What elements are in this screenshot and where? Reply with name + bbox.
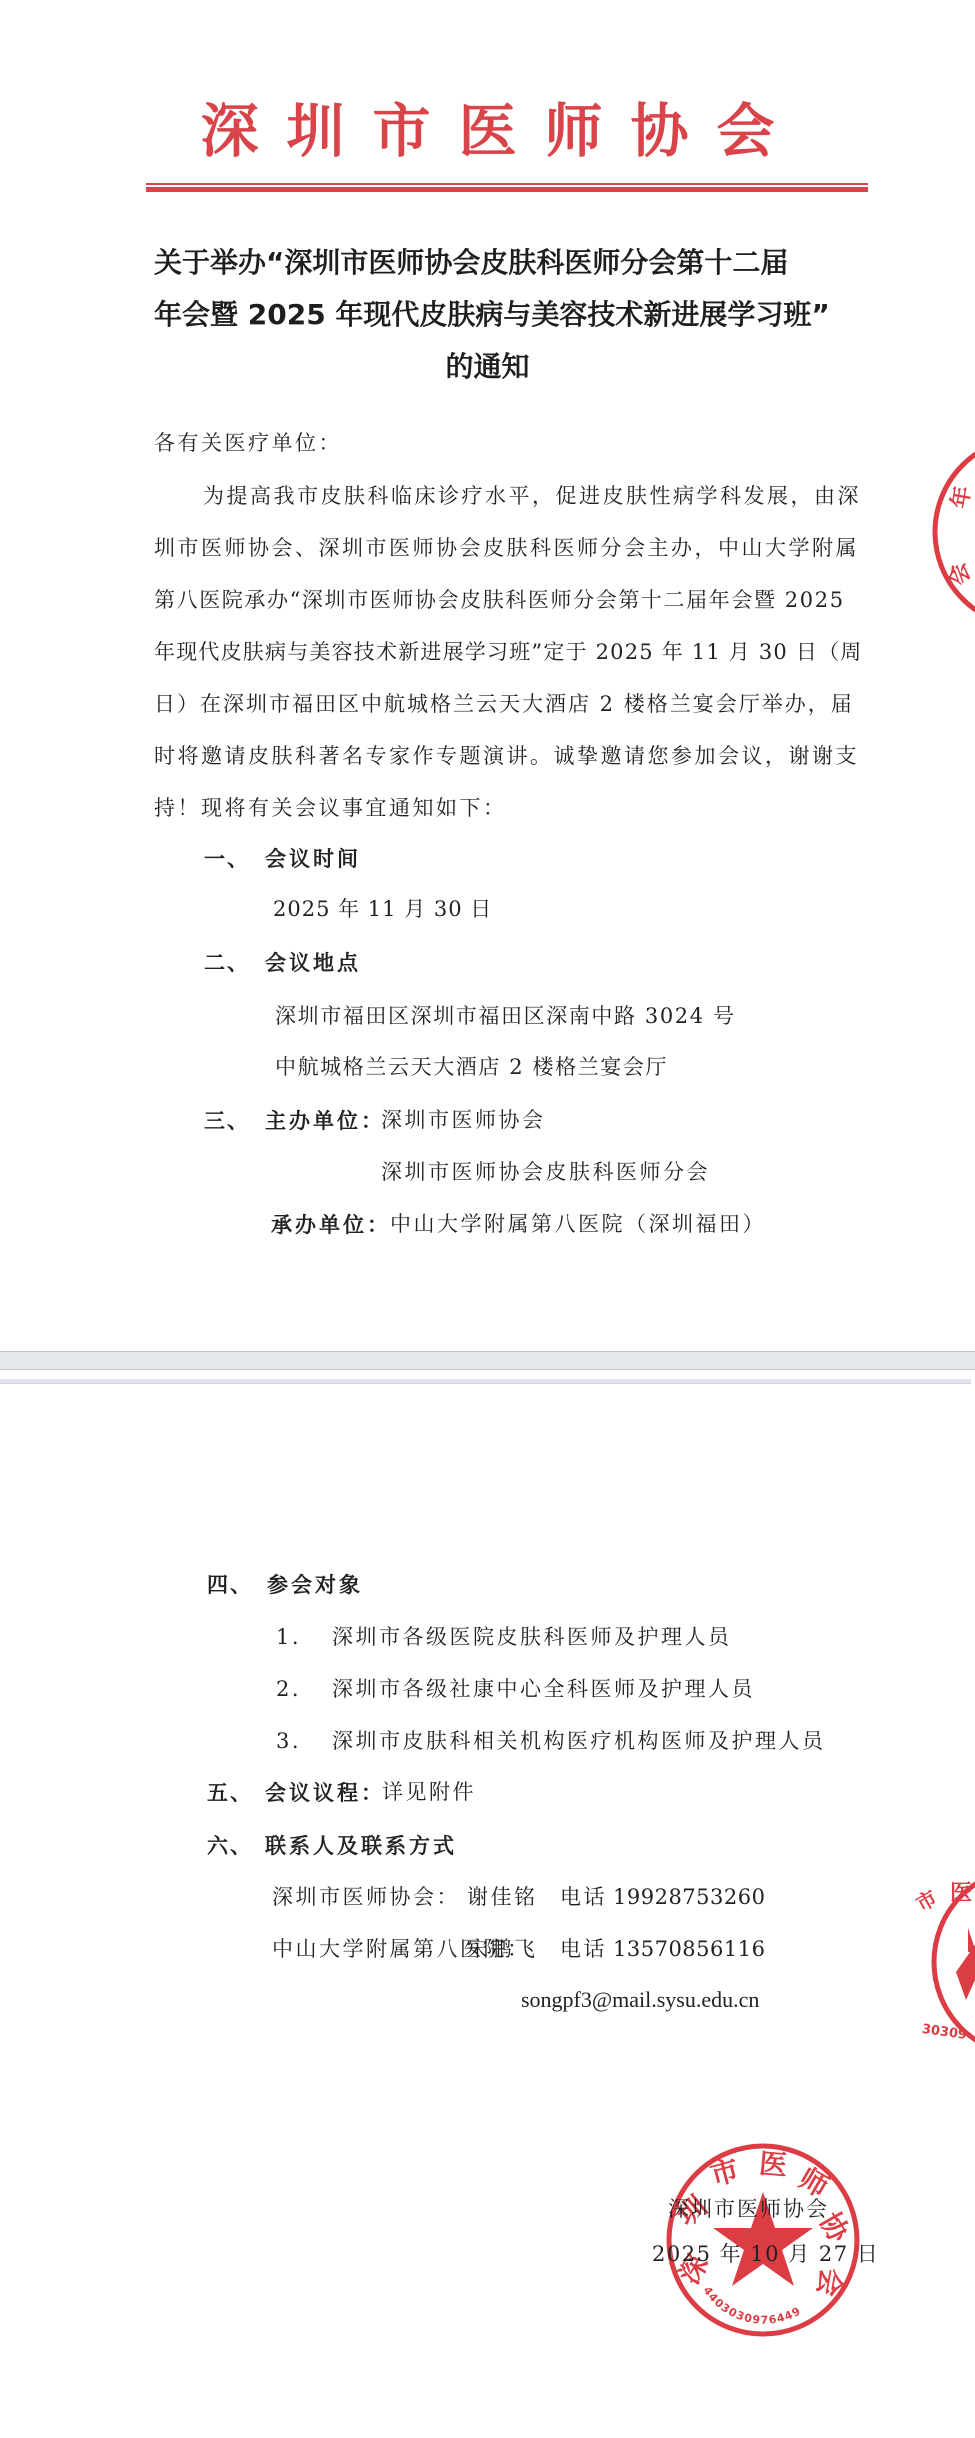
- contact-email[interactable]: songpf3@mail.sysu.edu.cn: [521, 1985, 759, 2015]
- section-1-heading: 会议时间: [265, 843, 361, 873]
- svg-text:市: 市: [912, 1885, 941, 1916]
- attendee-item-text: 深圳市各级医院皮肤科医师及护理人员: [332, 1622, 732, 1652]
- contact-name: 谢佳铭: [467, 1882, 538, 1912]
- intro-line: 日）在深圳市福田区中航城格兰云天大酒店 2 楼格兰宴会厅举办，届: [154, 689, 854, 719]
- contact-phone: 13570856116: [613, 1934, 765, 1964]
- partial-seal-page2: 医 市 30309: [908, 1860, 975, 2060]
- notice-title-line2: 年会暨 2025 年现代皮肤病与美容技术新进展学习班”: [154, 289, 830, 341]
- signature-org: 深圳市医师协会: [668, 2193, 829, 2223]
- attendee-item-text: 深圳市皮肤科相关机构医疗机构医师及护理人员: [332, 1726, 826, 1756]
- section-5-heading: 会议议程：: [265, 1777, 385, 1807]
- contact-phone-label: 电话: [560, 1882, 607, 1912]
- meeting-date: 2025 年 11 月 30 日: [273, 894, 492, 924]
- contact-phone-label: 电话: [560, 1934, 607, 1964]
- page-break-separator: [0, 1351, 975, 1370]
- masthead-rule-thick: [146, 187, 868, 192]
- venue-line: 深圳市福田区深圳市福田区深南中路 3024 号: [275, 1001, 736, 1031]
- section-2-number: 二、: [204, 947, 250, 977]
- contact-org: 深圳市医师协会：: [272, 1882, 460, 1912]
- contact-name: 宋鹏飞: [467, 1934, 538, 1964]
- svg-text:医: 医: [758, 2147, 789, 2182]
- svg-text:年: 年: [947, 484, 975, 510]
- host-org: 深圳市医师协会: [381, 1105, 546, 1135]
- attendee-item-number: 2.: [276, 1674, 301, 1704]
- contact-phone: 19928753260: [613, 1882, 765, 1912]
- intro-line: 第八医院承办“深圳市医师协会皮肤科医师分会第十二届年会暨 2025: [154, 585, 845, 615]
- agenda-value: 详见附件: [382, 1777, 476, 1807]
- section-3-number: 三、: [204, 1105, 250, 1135]
- host-org: 深圳市医师协会皮肤科医师分会: [381, 1157, 710, 1187]
- intro-line: 年现代皮肤病与美容技术新进展学习班”定于 2025 年 11 月 30 日（周: [154, 637, 862, 667]
- attendee-item-text: 深圳市各级社康中心全科医师及护理人员: [332, 1674, 755, 1704]
- salutation: 各有关医疗单位：: [154, 428, 342, 458]
- section-4-number: 四、: [207, 1569, 253, 1599]
- svg-text:市: 市: [707, 2153, 743, 2192]
- svg-text:会: 会: [811, 2266, 848, 2299]
- masthead-org-name: 深圳市医师协会: [0, 96, 975, 166]
- intro-line: 为提高我市皮肤科临床诊疗水平，促进皮肤性病学科发展，由深: [203, 481, 861, 511]
- section-4-heading: 参会对象: [267, 1569, 363, 1599]
- masthead-rule-thin: [146, 183, 868, 185]
- host-label: 主办单位：: [265, 1105, 385, 1135]
- signature-date: 2025 年 10 月 27 日: [652, 2238, 879, 2268]
- venue-line: 中航城格兰云天大酒店 2 楼格兰宴会厅: [275, 1052, 668, 1082]
- section-1-number: 一、: [204, 843, 250, 873]
- section-5-number: 五、: [207, 1777, 253, 1807]
- partial-seal-page1: 年 会: [930, 450, 975, 615]
- attendee-item-number: 1.: [276, 1622, 301, 1652]
- intro-line: 时将邀请皮肤科著名专家作专题演讲。诚挚邀请您参加会议，谢谢支: [154, 741, 859, 771]
- section-2-heading: 会议地点: [265, 947, 361, 977]
- section-6-heading: 联系人及联系方式: [265, 1830, 457, 1860]
- organizer-label: 承办单位：: [271, 1209, 391, 1239]
- page-top-edge: [0, 1379, 971, 1384]
- intro-line: 持！现将有关会议事宜通知如下：: [154, 793, 507, 823]
- intro-line: 圳市医师协会、深圳市医师协会皮肤科医师分会主办，中山大学附属: [154, 533, 859, 563]
- notice-title-line3: 的通知: [0, 341, 975, 393]
- organizer-org: 中山大学附属第八医院（深圳福田）: [390, 1209, 766, 1239]
- svg-text:医: 医: [950, 1881, 972, 1906]
- notice-title-line1: 关于举办“深圳市医师协会皮肤科医师分会第十二届: [154, 237, 788, 289]
- attendee-item-number: 3.: [276, 1726, 301, 1756]
- section-6-number: 六、: [207, 1830, 253, 1860]
